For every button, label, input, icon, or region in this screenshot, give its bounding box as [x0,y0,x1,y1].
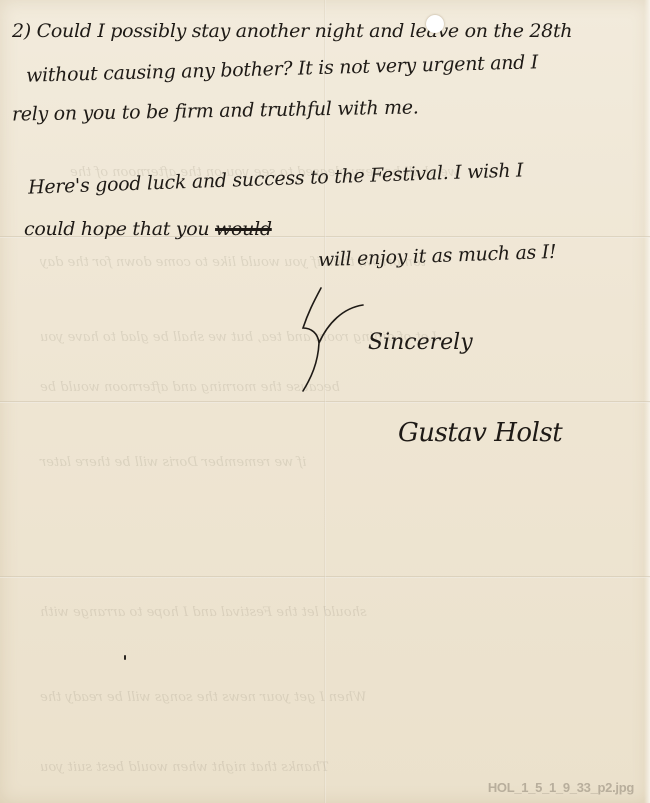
line-5-start: could hope that you [24,218,209,240]
bleed-through-text: should let the Festival and I hope to ar… [40,605,367,620]
bleed-through-text: When I get your news the songs will be r… [40,690,367,705]
letter-line-1: 2) Could I possibly stay another night a… [12,20,572,42]
punch-hole [426,15,444,33]
letter-line-6: will enjoy it as much as I! [318,241,557,271]
bleed-through-text: if we remember Doris will be there later [40,455,306,470]
struck-word: would [215,218,272,240]
closing-salutation: Sincerely [368,330,473,355]
letter-line-5: could hope that you would [24,218,272,240]
letter-line-3: rely on you to be firm and truthful with… [12,96,419,125]
signature-flourish-icon [283,283,373,403]
ink-speck [124,655,126,660]
letter-page: we shall be very pleased to see you on t… [0,0,650,803]
letter-line-2: without causing any bother? It is not ve… [26,51,538,86]
signature: Gustav Holst [398,418,562,448]
bleed-through-text: Thanks that night when would best suit y… [40,760,329,775]
filename-watermark: HOL_1_5_1_9_33_p2.jpg [488,780,634,795]
